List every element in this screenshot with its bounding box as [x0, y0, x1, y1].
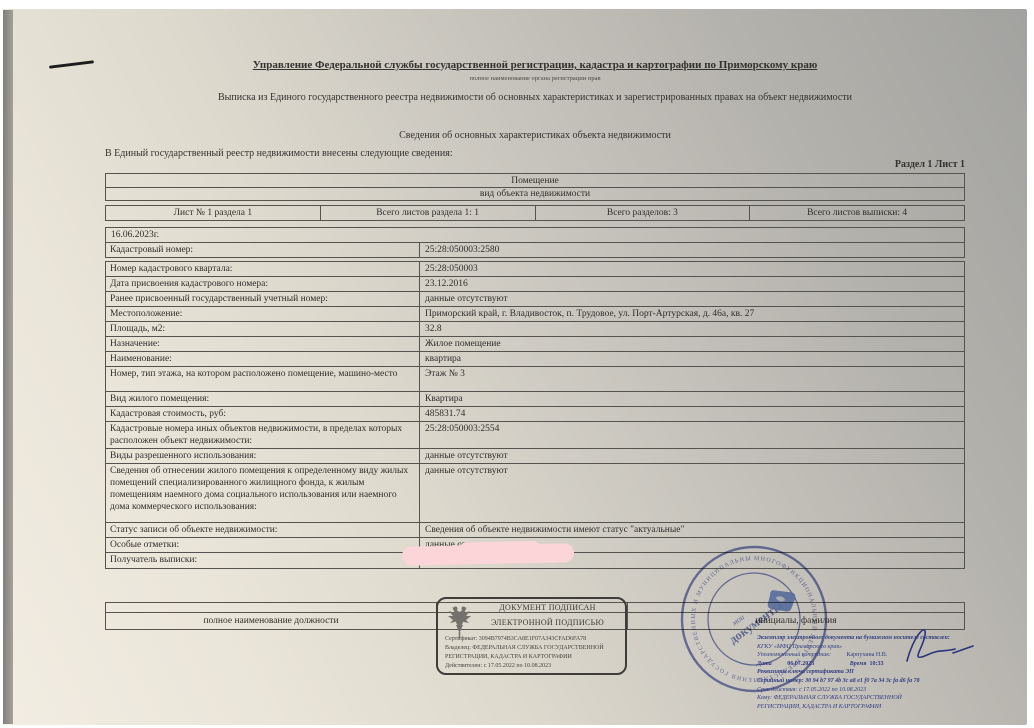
esign-stamp-box: ДОКУМЕНТ ПОДПИСАН ЭЛЕКТРОННОЙ ПОДПИСЬЮ С…	[436, 597, 627, 675]
esign-validity: Действителен: с 17.05.2022 по 10.08.2023	[445, 662, 622, 671]
row-value: 25:28:050003:2554	[420, 422, 964, 448]
row-label: Номер, тип этажа, на котором расположено…	[106, 367, 420, 391]
row-value: Жилое помещение	[420, 337, 964, 351]
object-type-caption: вид объекта недвижимости	[480, 188, 590, 200]
handwritten-signature	[897, 617, 979, 673]
sheet-cell: Всего листов раздела 1: 1	[321, 206, 536, 220]
row-value: 25:28:050003	[420, 262, 964, 276]
row-label: Получатель выписки:	[106, 553, 420, 568]
document-title: Выписка из Единого государственного реес…	[105, 92, 965, 103]
row-label: Сведения об отнесении жилого помещения к…	[106, 464, 420, 522]
row-label: Назначение:	[106, 337, 420, 351]
esign-line1: ДОКУМЕНТ ПОДПИСАН	[474, 603, 621, 612]
row-label: Статус записи об объекте недвижимости:	[106, 523, 420, 537]
table-row: Вид жилого помещения: Квартира	[105, 391, 965, 407]
table-row: Кадастровый номер: 25:28:050003:2580	[105, 242, 965, 258]
sheet-cell: Лист № 1 раздела 1	[106, 206, 321, 220]
sheet-counters-row: Лист № 1 раздела 1 Всего листов раздела …	[105, 205, 965, 221]
table-row: Назначение: Жилое помещение	[105, 336, 965, 352]
section-title: Сведения об основных характеристиках объ…	[105, 130, 965, 141]
position-label: полное наименование должности	[106, 613, 437, 629]
object-type: Помещение	[511, 175, 559, 187]
row-label: Кадастровые номера иных объектов недвижи…	[106, 422, 420, 448]
esign-certificate-block: Сертификат: 3094B7974B3CA8E1F07A343CFAD6…	[445, 635, 622, 671]
row-value: данные отсутствуют	[420, 464, 964, 522]
table-row: Сведения об отнесении жилого помещения к…	[105, 463, 965, 523]
row-label: Площадь, м2:	[106, 322, 420, 336]
table-row: Местоположение: Приморский край, г. Влад…	[105, 306, 965, 322]
table-row: Дата присвоения кадастрового номера: 23.…	[105, 276, 965, 292]
row-value: Этаж № 3	[420, 367, 964, 391]
mfc-note-to2: РЕГИСТРАЦИИ, КАДАСТРА И КАРТОГРАФИИ	[757, 703, 1012, 712]
row-label: Вид жилого помещения:	[106, 392, 420, 406]
row-value: квартира	[420, 352, 964, 366]
row-value: 32.8	[420, 322, 964, 336]
object-type-caption-row: вид объекта недвижимости	[105, 187, 965, 201]
row-value: 485831.74	[420, 407, 964, 421]
row-value: Приморский край, г. Владивосток, п. Труд…	[420, 307, 964, 321]
redaction-blob	[402, 543, 574, 566]
document-photo: Управление Федеральной службы государств…	[0, 0, 1034, 728]
mfc-note-serial: Серийный номер: 30 94 b7 97 4b 3c a8 e1 …	[757, 677, 1012, 686]
object-type-row: Помещение	[105, 173, 965, 188]
mfc-note-to1: Кому: ФЕДЕРАЛЬНАЯ СЛУЖБА ГОСУДАРСТВЕННОЙ	[757, 694, 1012, 703]
extract-date: 16.06.2023г.	[106, 228, 164, 242]
row-value: данные отсутствуют	[420, 292, 964, 306]
table-row: Номер, тип этажа, на котором расположено…	[105, 366, 965, 392]
table-row: Наименование: квартира	[105, 351, 965, 367]
table-row: Статус записи об объекте недвижимости: С…	[105, 522, 965, 538]
row-label: Местоположение:	[106, 307, 420, 321]
row-value: Сведения об объекте недвижимости имеют с…	[420, 523, 964, 537]
org-subtitle: полное наименование органа регистрации п…	[105, 75, 965, 82]
row-label: Ранее присвоенный государственный учетны…	[106, 292, 420, 306]
sheet-cell: Всего разделов: 3	[536, 206, 751, 220]
intro-line: В Единый государственный реестр недвижим…	[105, 148, 965, 159]
main-table: Помещение вид объекта недвижимости Лист …	[105, 174, 965, 569]
table-row: Ранее присвоенный государственный учетны…	[105, 291, 965, 307]
row-label: Номер кадастрового квартала:	[106, 262, 420, 276]
esign-certificate: Сертификат: 3094B7974B3CA8E1F07A343CFAD6…	[445, 635, 622, 644]
table-row: Кадастровая стоимость, руб: 485831.74	[105, 406, 965, 422]
row-value: Квартира	[420, 392, 964, 406]
table-row: Кадастровые номера иных объектов недвижи…	[105, 421, 965, 449]
row-label: Кадастровая стоимость, руб:	[106, 407, 420, 421]
row-label: Кадастровый номер:	[106, 243, 420, 257]
table-row: Номер кадастрового квартала: 25:28:05000…	[105, 261, 965, 277]
table-row: Площадь, м2: 32.8	[105, 321, 965, 337]
date-row: 16.06.2023г.	[105, 227, 965, 243]
row-label: Особые отметки:	[106, 538, 420, 552]
org-title: Управление Федеральной службы государств…	[105, 59, 965, 71]
esign-owner2: РЕГИСТРАЦИИ, КАДАСТРА И КАРТОГРАФИИ	[445, 653, 622, 662]
paper-edge-shadow	[3, 10, 13, 724]
sheet-cell: Всего листов выписки: 4	[750, 206, 964, 220]
table-row: Виды разрешенного использования: данные …	[105, 448, 965, 464]
esign-line2: ЭЛЕКТРОННОЙ ПОДПИСЬЮ	[474, 618, 621, 627]
row-value: 23.12.2016	[420, 277, 964, 291]
row-value: 25:28:050003:2580	[420, 243, 964, 257]
row-label: Виды разрешенного использования:	[106, 449, 420, 463]
mfc-note-term: Срок действия: с 17.05.2022 по 10.08.202…	[757, 686, 1012, 695]
row-value: данные отсутствуют	[420, 449, 964, 463]
sheet-label: Раздел 1 Лист 1	[105, 159, 965, 170]
coat-of-arms-icon	[446, 603, 473, 639]
esign-owner: Владелец: ФЕДЕРАЛЬНАЯ СЛУЖБА ГОСУДАРСТВЕ…	[445, 644, 622, 653]
row-label: Наименование:	[106, 352, 420, 366]
row-label: Дата присвоения кадастрового номера:	[106, 277, 420, 291]
